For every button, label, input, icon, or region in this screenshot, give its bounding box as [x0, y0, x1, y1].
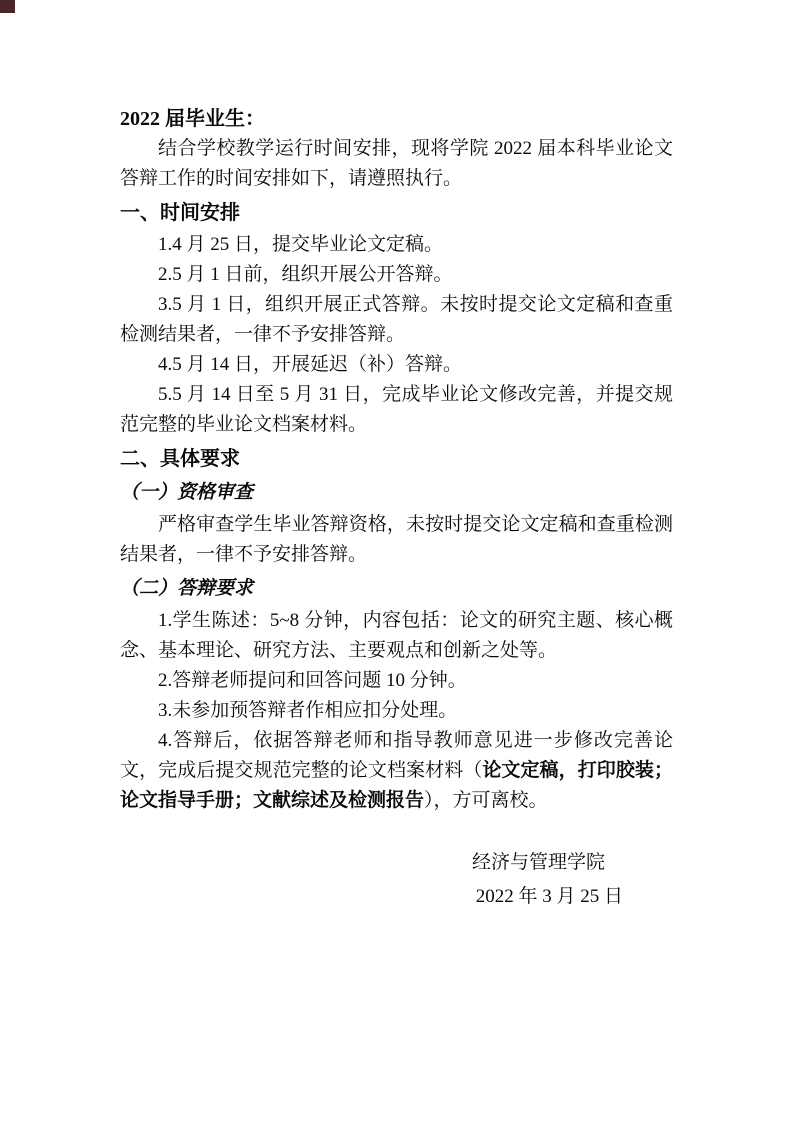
section1-item-1: 1.4 月 25 日，提交毕业论文定稿。	[120, 230, 673, 260]
intro-paragraph: 结合学校教学运行时间安排，现将学院 2022 届本科毕业论文答辩工作的时间安排如…	[120, 134, 673, 194]
document-page: 2022 届毕业生： 结合学校教学运行时间安排，现将学院 2022 届本科毕业论…	[0, 0, 793, 1122]
section2-sub2-item-3: 3.未参加预答辩者作相应扣分处理。	[120, 696, 673, 726]
section1-item-3: 3.5 月 1 日，组织开展正式答辩。未按时提交论文定稿和查重检测结果者，一律不…	[120, 290, 673, 350]
signature-date: 2022 年 3 月 25 日	[120, 880, 673, 914]
section2-heading: 二、具体要求	[120, 444, 673, 474]
section2-sub2-item-2: 2.答辩老师提问和回答问题 10 分钟。	[120, 666, 673, 696]
section1-heading: 一、时间安排	[120, 198, 673, 228]
section2-sub1-heading: （一）资格审查	[120, 478, 673, 508]
scan-corner-mark	[0, 0, 15, 13]
section1-item-4: 4.5 月 14 日，开展延迟（补）答辩。	[120, 350, 673, 380]
section2-sub2-item-4: 4.答辩后，依据答辩老师和指导教师意见进一步修改完善论文，完成后提交规范完整的论…	[120, 726, 673, 816]
signature-block: 经济与管理学院 2022 年 3 月 25 日	[120, 846, 673, 914]
section2-sub1-body: 严格审查学生毕业答辩资格，未按时提交论文定稿和查重检测结果者，一律不予安排答辩。	[120, 510, 673, 570]
section2-sub2-item-1: 1.学生陈述：5~8 分钟，内容包括：论文的研究主题、核心概念、基本理论、研究方…	[120, 606, 673, 666]
section1-item-2: 2.5 月 1 日前，组织开展公开答辩。	[120, 260, 673, 290]
section2-sub2-heading: （二）答辩要求	[120, 574, 673, 604]
document-title: 2022 届毕业生：	[120, 104, 673, 134]
signature-organization: 经济与管理学院	[120, 846, 673, 880]
item4-text-regular-end: ），方可离校。	[424, 790, 548, 811]
document-content: 2022 届毕业生： 结合学校教学运行时间安排，现将学院 2022 届本科毕业论…	[120, 104, 673, 914]
section1-item-5: 5.5 月 14 日至 5 月 31 日，完成毕业论文修改完善，并提交规范完整的…	[120, 380, 673, 440]
